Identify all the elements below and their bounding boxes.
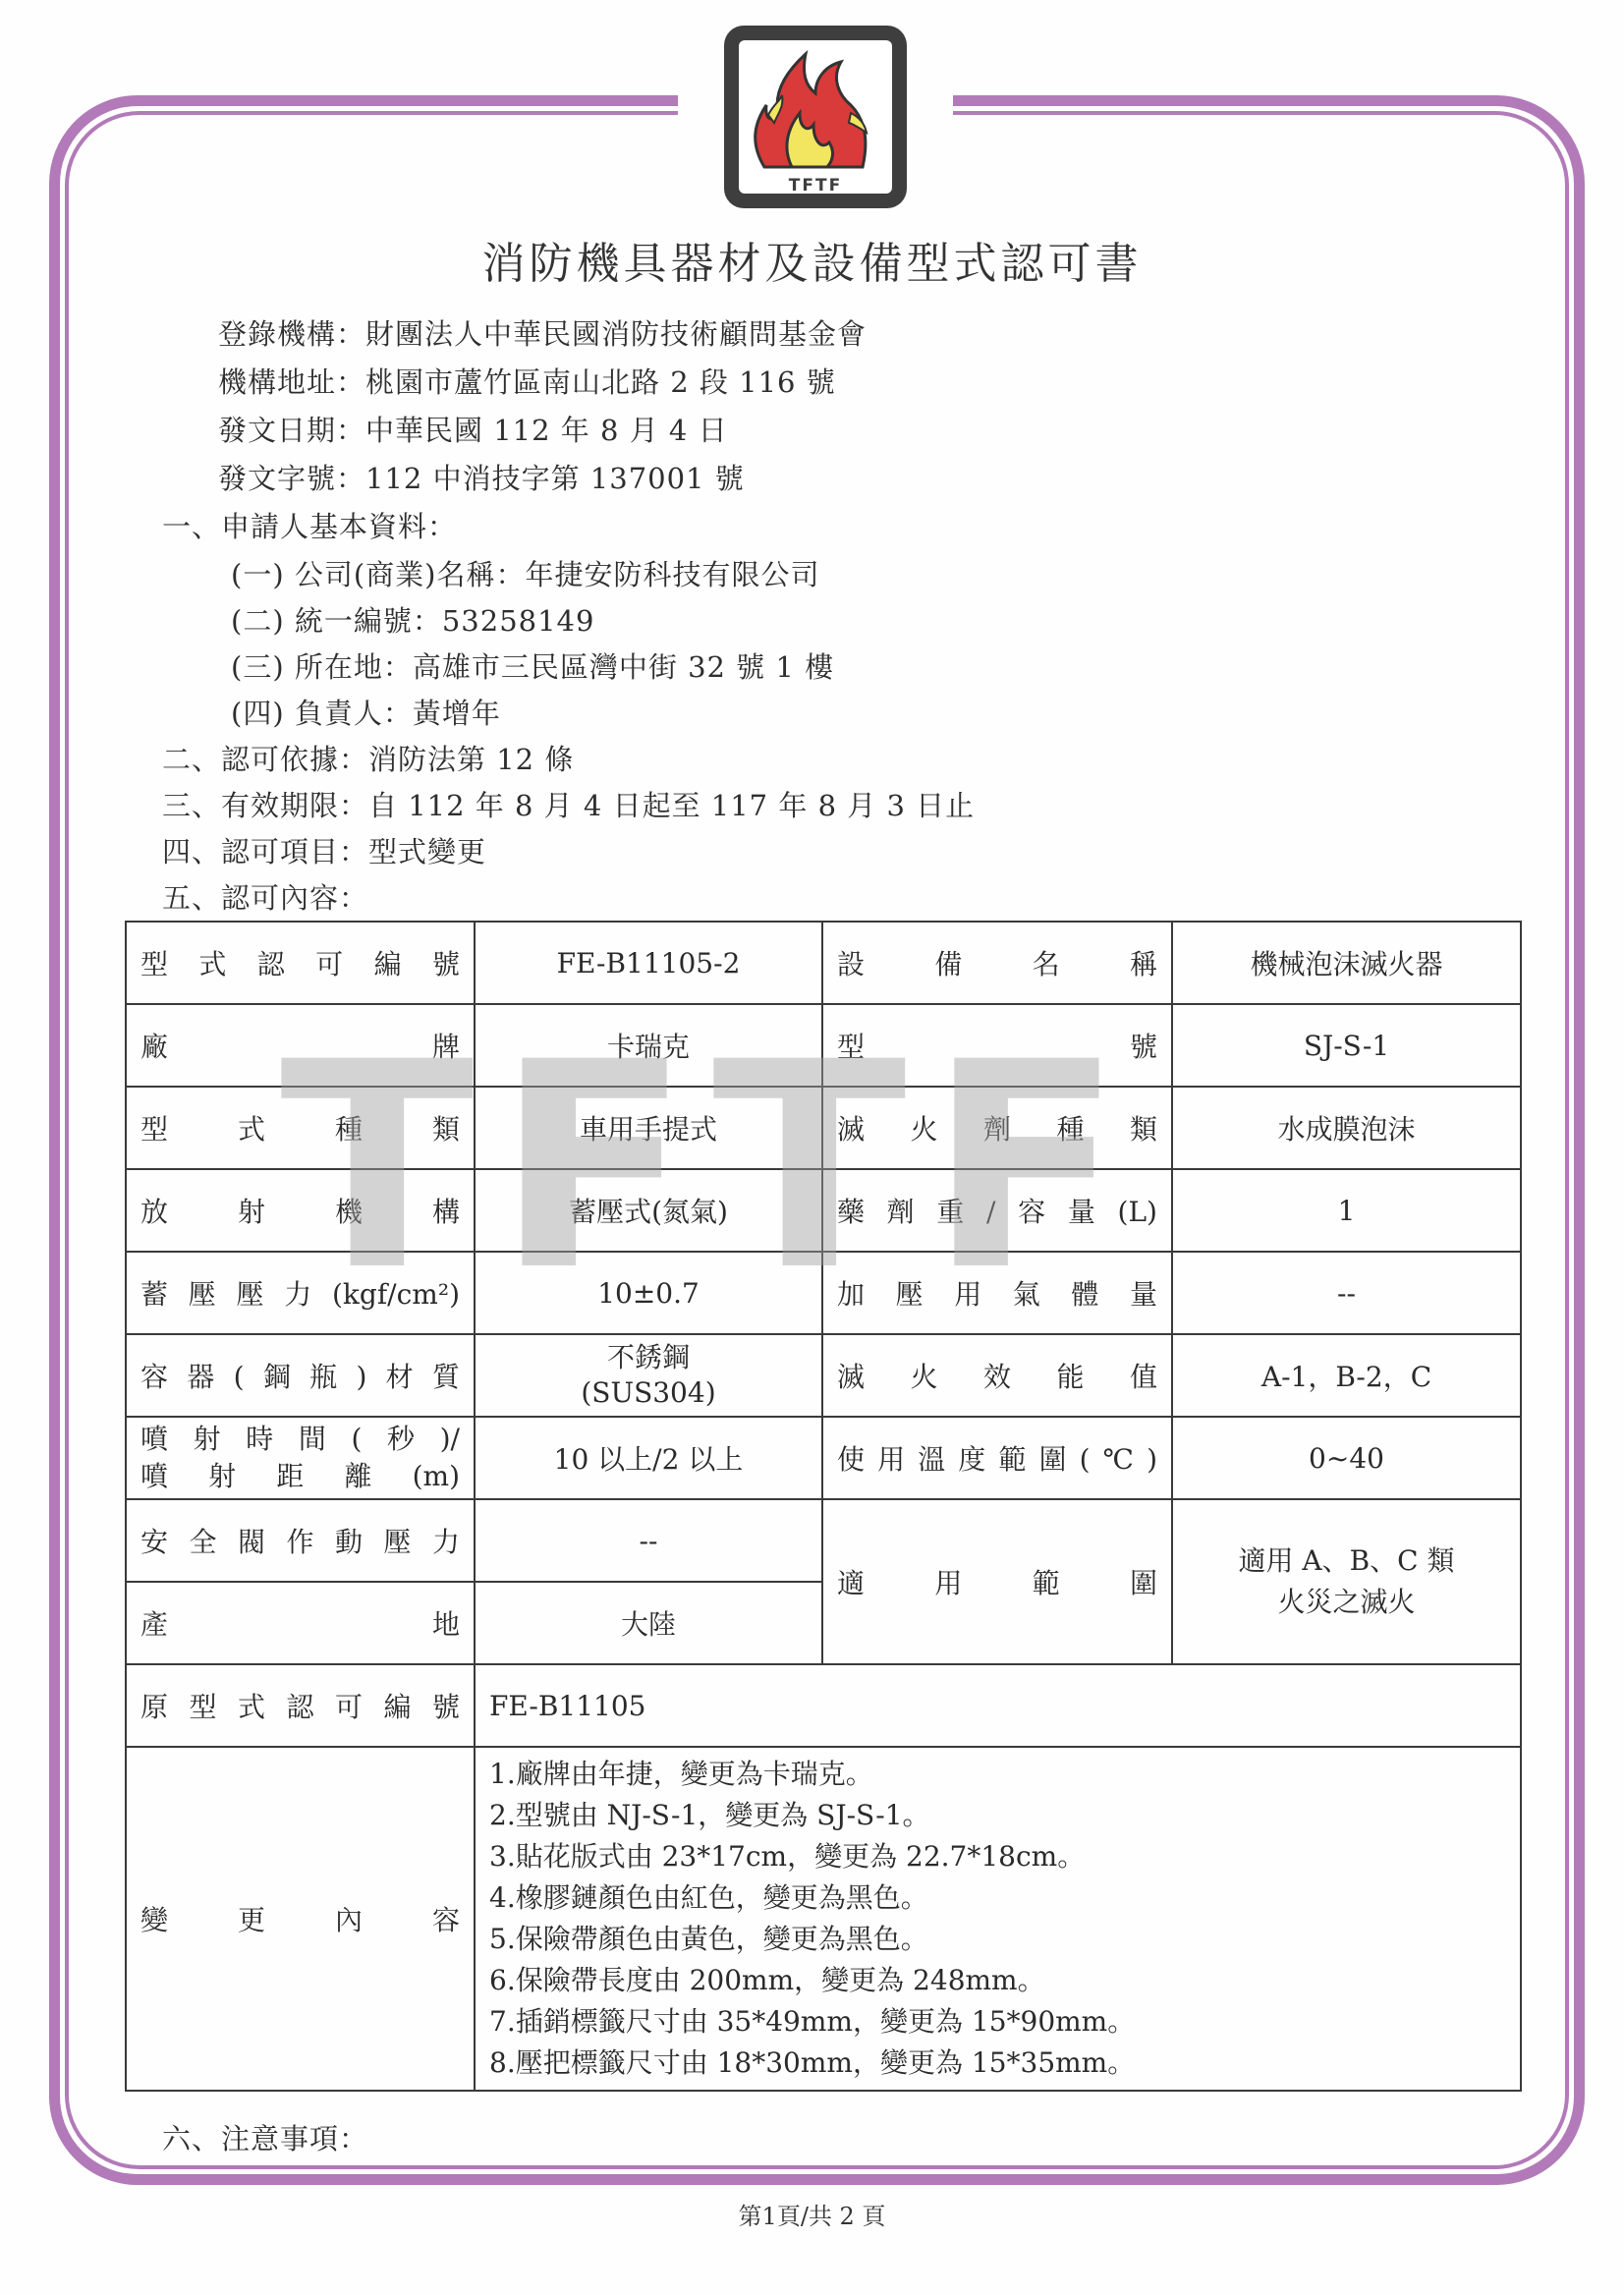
section-item: 四、認可項目：型式變更 [162, 830, 486, 870]
table-row: 型式認可編號 FE-B11105-2 設備名稱 機械泡沫滅火器 [126, 922, 1521, 1004]
label-agent-capacity: 藥劑重/容量(L) [822, 1169, 1172, 1252]
label-applicable-scope: 適用範圍 [822, 1499, 1172, 1664]
value-model: SJ-S-1 [1172, 1004, 1521, 1087]
logo-text: TFTF [739, 176, 892, 196]
section-applicant: 一、申請人基本資料： [162, 505, 457, 545]
section-basis: 二、認可依據：消防法第 12 條 [162, 738, 574, 778]
list-item: 5.保險帶顏色由黃色，變更為黑色。 [489, 1919, 1506, 1960]
section-notes: 六、注意事項： [162, 2117, 368, 2157]
section-content: 五、認可內容： [162, 876, 368, 917]
list-item: 2.型號由 NJ-S-1，變更為 SJ-S-1。 [489, 1795, 1506, 1836]
list-item: 6.保險帶長度由 200mm，變更為 248mm。 [489, 1960, 1506, 2001]
document-number: 發文字號：112 中消技字第 137001 號 [218, 457, 745, 497]
label-origin: 產地 [126, 1582, 475, 1664]
value-applicable-scope: 適用 A、B、C 類火災之滅火 [1172, 1499, 1521, 1664]
value-extinguishing-rating: A-1，B-2，C [1172, 1334, 1521, 1417]
registry-org: 登錄機構：財團法人中華民國消防技術顧問基金會 [218, 312, 867, 353]
label-container-material: 容器(鋼瓶)材質 [126, 1334, 475, 1417]
tftf-logo: TFTF [724, 26, 907, 208]
label-extinguishing-rating: 滅火效能值 [822, 1334, 1172, 1417]
page-number: 第1頁/共 2 頁 [0, 2197, 1624, 2231]
value-gas-amount: -- [1172, 1252, 1521, 1334]
value-origin: 大陸 [475, 1582, 822, 1664]
table-row: 噴射時間(秒)/ 噴射距離(m) 10 以上/2 以上 使用溫度範圍(℃) 0~… [126, 1417, 1521, 1499]
flame-icon [745, 44, 888, 172]
label-discharge-mechanism: 放射機構 [126, 1169, 475, 1252]
table-row: 容器(鋼瓶)材質 不銹鋼(SUS304) 滅火效能值 A-1，B-2，C [126, 1334, 1521, 1417]
value-discharge-mechanism: 蓄壓式(氮氣) [475, 1169, 822, 1252]
label-gas-amount: 加壓用氣體量 [822, 1252, 1172, 1334]
label-changes: 變更內容 [126, 1747, 475, 2091]
value-agent-type: 水成膜泡沫 [1172, 1087, 1521, 1169]
value-agent-capacity: 1 [1172, 1169, 1521, 1252]
value-temperature-range: 0~40 [1172, 1417, 1521, 1499]
label-safety-valve-pressure: 安全閥作動壓力 [126, 1499, 475, 1582]
issue-date: 發文日期：中華民國 112 年 8 月 4 日 [218, 409, 728, 449]
value-approval-number: FE-B11105-2 [475, 922, 822, 1004]
table-row: 安全閥作動壓力 -- 適用範圍 適用 A、B、C 類火災之滅火 [126, 1499, 1521, 1582]
value-discharge-time-range: 10 以上/2 以上 [475, 1417, 822, 1499]
label-model: 型號 [822, 1004, 1172, 1087]
list-item: 4.橡膠鏈顏色由紅色，變更為黑色。 [489, 1877, 1506, 1919]
document-title: 消防機具器材及設備型式認可書 [0, 228, 1624, 291]
section-validity: 三、有效期限：自 112 年 8 月 4 日起至 117 年 8 月 3 日止 [162, 784, 975, 824]
org-address: 機構地址：桃園市蘆竹區南山北路 2 段 116 號 [218, 361, 836, 401]
label-agent-type: 滅火劑種類 [822, 1087, 1172, 1169]
company-name: (一) 公司(商業)名稱：年捷安防科技有限公司 [231, 553, 819, 593]
label-discharge-time-range: 噴射時間(秒)/ 噴射距離(m) [126, 1417, 475, 1499]
value-container-material: 不銹鋼(SUS304) [475, 1334, 822, 1417]
approval-table: 型式認可編號 FE-B11105-2 設備名稱 機械泡沫滅火器 廠牌 卡瑞克 型… [125, 921, 1522, 2092]
label-equipment-name: 設備名稱 [822, 922, 1172, 1004]
value-stored-pressure: 10±0.7 [475, 1252, 822, 1334]
value-brand: 卡瑞克 [475, 1004, 822, 1087]
table-row: 廠牌 卡瑞克 型號 SJ-S-1 [126, 1004, 1521, 1087]
list-item: 1.廠牌由年捷，變更為卡瑞克。 [489, 1754, 1506, 1795]
table-row: 變更內容 1.廠牌由年捷，變更為卡瑞克。 2.型號由 NJ-S-1，變更為 SJ… [126, 1747, 1521, 2091]
label-temperature-range: 使用溫度範圍(℃) [822, 1417, 1172, 1499]
table-row: 原型式認可編號 FE-B11105 [126, 1664, 1521, 1747]
table-row: 放射機構 蓄壓式(氮氣) 藥劑重/容量(L) 1 [126, 1169, 1521, 1252]
value-original-approval-number: FE-B11105 [475, 1664, 1521, 1747]
label-stored-pressure: 蓄壓壓力(kgf/cm²) [126, 1252, 475, 1334]
value-safety-valve-pressure: -- [475, 1499, 822, 1582]
list-item: 7.插銷標籤尺寸由 35*49mm，變更為 15*90mm。 [489, 2001, 1506, 2043]
table-row: 蓄壓壓力(kgf/cm²) 10±0.7 加壓用氣體量 -- [126, 1252, 1521, 1334]
unified-number: (二) 統一編號：53258149 [231, 599, 594, 640]
changes-list: 1.廠牌由年捷，變更為卡瑞克。 2.型號由 NJ-S-1，變更為 SJ-S-1。… [475, 1747, 1521, 2091]
label-type: 型式種類 [126, 1087, 475, 1169]
value-equipment-name: 機械泡沫滅火器 [1172, 922, 1521, 1004]
list-item: 8.壓把標籤尺寸由 18*30mm，變更為 15*35mm。 [489, 2043, 1506, 2084]
value-type: 車用手提式 [475, 1087, 822, 1169]
table-row: 型式種類 車用手提式 滅火劑種類 水成膜泡沫 [126, 1087, 1521, 1169]
responsible-person: (四) 負責人：黃增年 [231, 692, 501, 732]
label-brand: 廠牌 [126, 1004, 475, 1087]
label-approval-number: 型式認可編號 [126, 922, 475, 1004]
list-item: 3.貼花版式由 23*17cm，變更為 22.7*18cm。 [489, 1836, 1506, 1877]
label-original-approval-number: 原型式認可編號 [126, 1664, 475, 1747]
company-address: (三) 所在地：高雄市三民區灣中街 32 號 1 樓 [231, 645, 834, 686]
